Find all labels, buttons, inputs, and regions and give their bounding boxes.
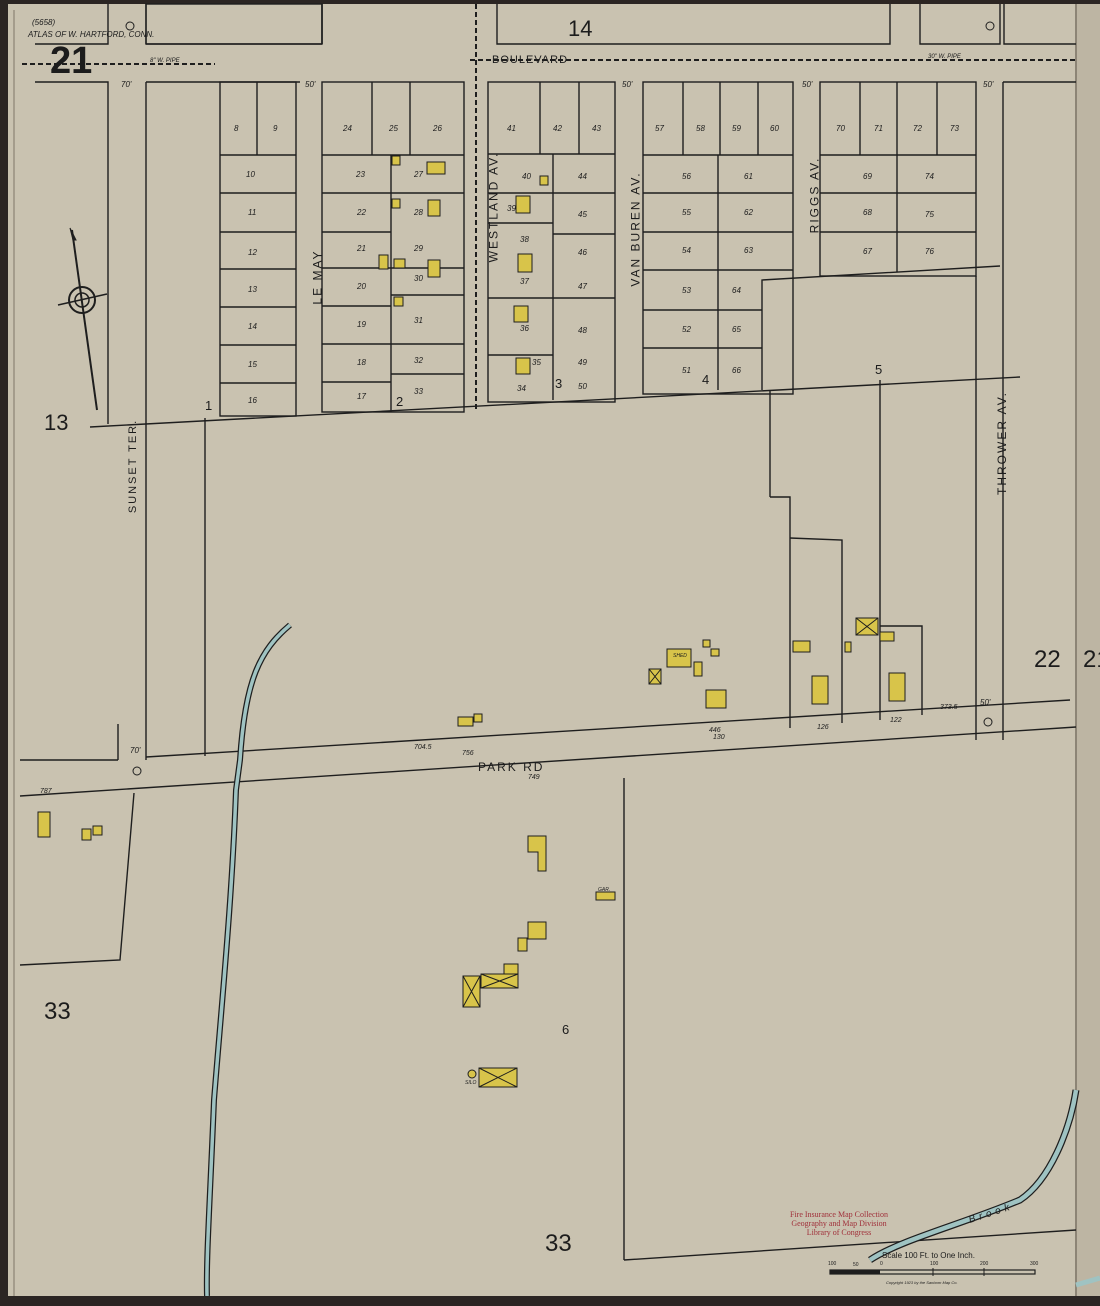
atlas-title: ATLAS OF W. HARTFORD, CONN. <box>28 30 154 39</box>
stamp-line-2: Geography and Map Division <box>790 1219 888 1228</box>
lot: 67 <box>863 247 872 256</box>
lot: 44 <box>578 172 587 181</box>
lot: 60 <box>770 124 779 133</box>
adjacent-sheet-top: 14 <box>568 16 592 42</box>
lot: 74 <box>925 172 934 181</box>
street-sunset-ter: SUNSET TER. <box>127 419 139 513</box>
adjacent-sheet-left: 13 <box>44 410 68 436</box>
lot: 46 <box>578 248 587 257</box>
lot: 15 <box>248 360 257 369</box>
park-rd-dim: 787 <box>40 788 52 795</box>
park-rd-dim: 126 <box>817 724 829 731</box>
block-5: 5 <box>875 362 882 377</box>
lot: 22 <box>357 208 366 217</box>
lot: 70 <box>836 124 845 133</box>
lot: 17 <box>357 392 366 401</box>
street-le-may: LE MAY <box>311 249 325 304</box>
building-label-garage: GAR. <box>598 887 610 893</box>
lot: 37 <box>520 277 529 286</box>
stamp-line-3: Library of Congress <box>790 1228 888 1237</box>
park-rd-dim: 373.5 <box>940 704 958 711</box>
lot: 53 <box>682 286 691 295</box>
copyright: Copyright 1923 by the Sanborn Map Co. <box>886 1280 958 1285</box>
lot: 36 <box>520 324 529 333</box>
lot: 20 <box>357 282 366 291</box>
park-rd-dim: 704.5 <box>414 744 432 751</box>
lot: 12 <box>248 248 257 257</box>
scale-tick: 100 <box>828 1261 836 1267</box>
lot: 11 <box>248 208 256 217</box>
lot: 52 <box>682 325 691 334</box>
street-width-dim: 70' <box>121 80 131 89</box>
scale-tick: 300 <box>1030 1261 1038 1267</box>
lot: 64 <box>732 286 741 295</box>
lot: 66 <box>732 366 741 375</box>
sheet-number: 21 <box>50 40 92 83</box>
scale-tick: 50 <box>853 1262 859 1268</box>
lot: 8 <box>234 124 238 133</box>
street-width-dim: 50' <box>622 80 632 89</box>
lot: 21 <box>357 244 366 253</box>
park-rd-dim: 756 <box>462 750 474 757</box>
lot: 14 <box>248 322 257 331</box>
map-sheet: (5658) ATLAS OF W. HARTFORD, CONN. 21 14… <box>0 0 1100 1306</box>
lot: 35 <box>532 358 541 367</box>
lot: 33 <box>414 387 423 396</box>
lot: 31 <box>414 316 423 325</box>
lot: 51 <box>682 366 691 375</box>
lot: 56 <box>682 172 691 181</box>
park-rd-dim: 749 <box>528 774 540 781</box>
scale-tick: 100 <box>930 1261 938 1267</box>
lot: 27 <box>414 170 423 179</box>
park-rd-dim: 122 <box>890 717 902 724</box>
block-3: 3 <box>555 376 562 391</box>
lot: 18 <box>357 358 366 367</box>
lot: 68 <box>863 208 872 217</box>
lot: 49 <box>578 358 587 367</box>
lot: 39 <box>507 204 516 213</box>
lot: 61 <box>744 172 753 181</box>
lot: 16 <box>248 396 257 405</box>
stamp-line-1: Fire Insurance Map Collection <box>790 1210 888 1219</box>
lot: 55 <box>682 208 691 217</box>
building-label-shed: SHED <box>673 653 687 659</box>
lot: 65 <box>732 325 741 334</box>
adjacent-sheet-right-edge: 21 <box>1083 646 1100 674</box>
lot: 57 <box>655 124 664 133</box>
pipe-label-left: 8" W. PIPE <box>150 58 180 64</box>
lot: 38 <box>520 235 529 244</box>
lot: 54 <box>682 246 691 255</box>
street-width-dim: 50' <box>983 80 993 89</box>
block-6: 6 <box>562 1022 569 1037</box>
street-width-dim: 50' <box>802 80 812 89</box>
street-park-rd: PARK RD <box>478 760 544 774</box>
street-thrower: THROWER AV. <box>995 391 1009 495</box>
park-rd-dim: 130 <box>713 734 725 741</box>
lot: 63 <box>744 246 753 255</box>
street-width-dim: 50' <box>980 698 990 707</box>
block-2: 2 <box>396 394 403 409</box>
lot: 71 <box>874 124 883 133</box>
lot: 24 <box>343 124 352 133</box>
lot: 26 <box>433 124 442 133</box>
map-canvas <box>0 0 1100 1306</box>
street-riggs: RIGGS AV. <box>807 157 821 234</box>
adjacent-sheet-bottom: 33 <box>545 1230 572 1258</box>
street-boulevard: BOULEVARD <box>492 54 568 66</box>
adjacent-sheet-bottom-left: 33 <box>44 998 71 1026</box>
lot: 13 <box>248 285 257 294</box>
lot: 41 <box>507 124 516 133</box>
lot: 25 <box>389 124 398 133</box>
lot: 23 <box>356 170 365 179</box>
pipe-label-right: 30" W. PIPE <box>928 54 961 60</box>
lot: 59 <box>732 124 741 133</box>
lot: 73 <box>950 124 959 133</box>
street-width-dim: 50' <box>305 80 315 89</box>
block-4: 4 <box>702 372 709 387</box>
lot: 30 <box>414 274 423 283</box>
lot: 76 <box>925 247 934 256</box>
lot: 72 <box>913 124 922 133</box>
lot: 42 <box>553 124 562 133</box>
park-rd-dim: 446 <box>709 727 721 734</box>
paper-sheet <box>8 4 1076 1296</box>
lot: 29 <box>414 244 423 253</box>
lot: 47 <box>578 282 587 291</box>
lot: 75 <box>925 210 934 219</box>
street-van-buren: VAN BUREN AV. <box>629 171 643 286</box>
lot: 19 <box>357 320 366 329</box>
scale-tick: 200 <box>980 1261 988 1267</box>
street-westland: WESTLAND AV. <box>486 152 500 263</box>
block-1: 1 <box>205 398 212 413</box>
library-stamp: Fire Insurance Map Collection Geography … <box>790 1210 888 1237</box>
street-width-dim: 70' <box>130 746 140 755</box>
building-label-silo: SILO <box>465 1080 476 1086</box>
lot: 45 <box>578 210 587 219</box>
lot: 28 <box>414 208 423 217</box>
lot: 58 <box>696 124 705 133</box>
sheet-code: (5658) <box>32 18 55 27</box>
lot: 48 <box>578 326 587 335</box>
lot: 50 <box>578 382 587 391</box>
lot: 43 <box>592 124 601 133</box>
lot: 9 <box>273 124 277 133</box>
lot: 69 <box>863 172 872 181</box>
scale-title: Scale 100 Ft. to One Inch. <box>882 1251 975 1260</box>
scale-tick: 0 <box>880 1261 883 1267</box>
lot: 62 <box>744 208 753 217</box>
lot: 32 <box>414 356 423 365</box>
adjacent-sheet-right: 22 <box>1034 646 1061 674</box>
lot: 34 <box>517 384 526 393</box>
lot: 10 <box>246 170 255 179</box>
lot: 40 <box>522 172 531 181</box>
